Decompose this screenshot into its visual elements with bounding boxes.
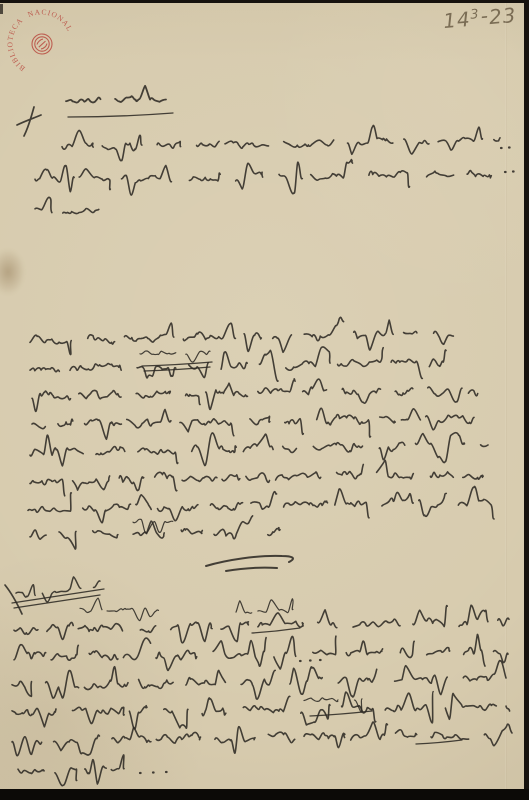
p3-line4-insert (304, 698, 362, 712)
p3-line6-dots (140, 772, 167, 773)
p2-line1 (30, 317, 453, 354)
p3-lead-stroke (5, 585, 22, 614)
p3-insert-struck (16, 577, 100, 602)
p3-line5 (12, 722, 512, 756)
p2-line2-strike-a (142, 362, 212, 366)
p3-line1-insert-b (236, 599, 293, 614)
p3-line2-dots (300, 660, 321, 661)
p2-line4 (32, 408, 474, 439)
p3-line6 (18, 755, 124, 786)
p3-line4 (12, 692, 510, 729)
p1-line3 (35, 197, 99, 213)
handwriting-layer (0, 0, 529, 800)
scan-edge-notch (0, 4, 3, 14)
p3-line1-strike (252, 628, 300, 633)
scan-edge-right (524, 0, 529, 800)
p3-line2 (14, 634, 508, 670)
p1-line1-dots (501, 148, 510, 149)
title-underline (68, 113, 173, 117)
p3-line5-strike (416, 740, 462, 744)
title-scrawl (66, 86, 166, 103)
p2-line7 (28, 486, 494, 522)
p1-line1 (62, 125, 500, 160)
p1-line2-dots (505, 172, 514, 173)
p2-line8-insert (133, 519, 173, 533)
scan-edge-bottom (0, 789, 529, 800)
section-flourish (206, 556, 293, 571)
p2-line6 (30, 460, 483, 496)
p2-line5 (30, 433, 488, 466)
p2-line8 (30, 516, 280, 549)
p2-line3 (32, 379, 478, 412)
p3-line1-insert-a (80, 598, 159, 621)
manuscript-page: BIBLIOTECA NACIONAL 143-23 Handwritten p… (0, 0, 529, 800)
margin-cross (17, 107, 41, 136)
p2-line2 (30, 347, 446, 381)
p2-line2-insert (140, 351, 210, 362)
p1-line2 (35, 160, 491, 195)
scan-edge-top (0, 0, 529, 3)
